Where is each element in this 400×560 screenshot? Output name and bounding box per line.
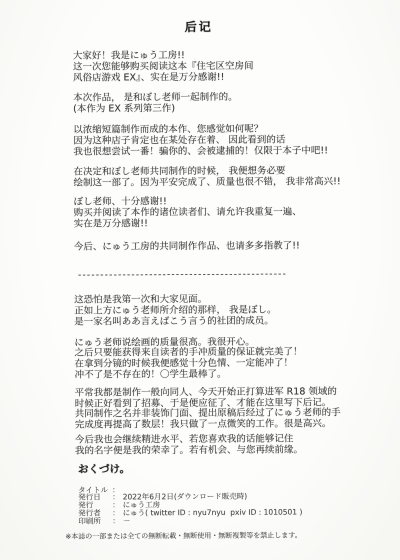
paragraph-r18-story: 平常我都是制作一般向同人、今天开始正打算进军 R18 领域的 时候正好看到了招募… [75, 387, 381, 432]
paragraph-collab-intro: 本次作品， 是和ぼし老师一起制作的。 (本作为 EX 系列第三作) [73, 92, 379, 115]
text-line: 风俗店游戏 EX』、实在是万分感谢!! [73, 72, 379, 84]
text-line: (本作为 EX 系列第三作) [73, 103, 379, 115]
colophon-heading: おくづけ。 [78, 461, 400, 475]
paragraph-boshi-intro: 这恐怕是我第一次和大家见面。 正如上方にゅう老师所介绍的那样， 我是ぼし。 是一… [74, 294, 380, 328]
afterword-page: 后记 大家好！我是にゅう工房!! 这一次您能够购买阅读这本『住宅区空房间 风俗店… [0, 0, 400, 560]
text-line: 是一家名叫ああ言えばこう言う的社团的成员。 [74, 316, 380, 328]
colophon-value: にゅう( twitter ID : nyu7nyu pxiv ID : 1010… [123, 508, 303, 517]
colophon-row-printer: 印刷所 ： － [78, 516, 400, 525]
paragraph-outro-boshi: 今后我也会继续精进水平、若您喜欢我的话能够记住 我的名字便是我的荣幸了。若有机会… [75, 434, 381, 457]
text-line: 我的名字便是我的荣幸了。若有机会、与您再续前缘。 [75, 445, 381, 457]
paragraph-outro-nyuu: 今后、にゅう工房的共同制作作品、也请多多指教了!! [74, 241, 380, 253]
section-separator: ----------------------------------------… [78, 269, 380, 281]
paragraph-thanks: ぼし老师、十分感谢!! 购买并阅读了本作的诸位读者们、请允许我重复一遍、 实在是… [74, 196, 380, 230]
paragraph-impressions: 以浓缩短篇制作而成的本作、您感觉如何呢？ 因为这种店子肯定也在某处存在着、 因此… [73, 124, 379, 158]
text-line: 冲不了是不存在的！〇学生最棒了。 [75, 369, 381, 381]
paragraph-greeting: 大家好！我是にゅう工房!! 这一次您能够购买阅读这本『住宅区空房间 风俗店游戏 … [73, 50, 379, 84]
text-line: 绘制这一部了。因为平安完成了、质量也很不错， 我非常高兴!! [74, 177, 380, 189]
paragraph-quality: にゅう老师说绘画的质量很高。我很开心。 之后只要能获得来自读者的手冲质量的保证就… [74, 337, 380, 382]
paragraph-decision: 在决定和ぼし老师共同制作的时候， 我便想务必要 绘制这一部了。因为平安完成了、质… [73, 166, 379, 189]
text-line: 完成度再提高了数层！我只做了一点微笑的工作。很是高兴。 [75, 419, 381, 431]
colophon-label: 印刷所 [78, 517, 112, 525]
copyright-notice: ※本誌の一部または全ての無断転載・無断使用・無断複製等を禁止します。 [65, 530, 400, 540]
text-line: 实在是万分感谢!! [74, 218, 380, 230]
scanned-sheet: 后记 大家好！我是にゅう工房!! 这一次您能够购买阅读这本『住宅区空房间 风俗店… [0, 0, 400, 541]
afterword-body: 大家好！我是にゅう工房!! 这一次您能够购买阅读这本『住宅区空房间 风俗店游戏 … [73, 50, 381, 457]
colophon-value: － [123, 517, 131, 525]
text-line: 我也很想尝试一番！骗你的、会被逮捕的！仅限于本子中吧!! [73, 146, 379, 158]
text-line: 今后、にゅう工房的共同制作作品、也请多多指教了!! [74, 241, 380, 253]
page-title: 后记 [0, 0, 399, 35]
colophon-colon: ： [112, 517, 120, 525]
colophon-rows: タイトル ： 発行日 ： 2022年6月2日(ダウンロード販売時) 発行 ： に… [78, 484, 400, 525]
colophon: おくづけ。 タイトル ： 発行日 ： 2022年6月2日(ダウンロード販売時) … [78, 461, 400, 540]
